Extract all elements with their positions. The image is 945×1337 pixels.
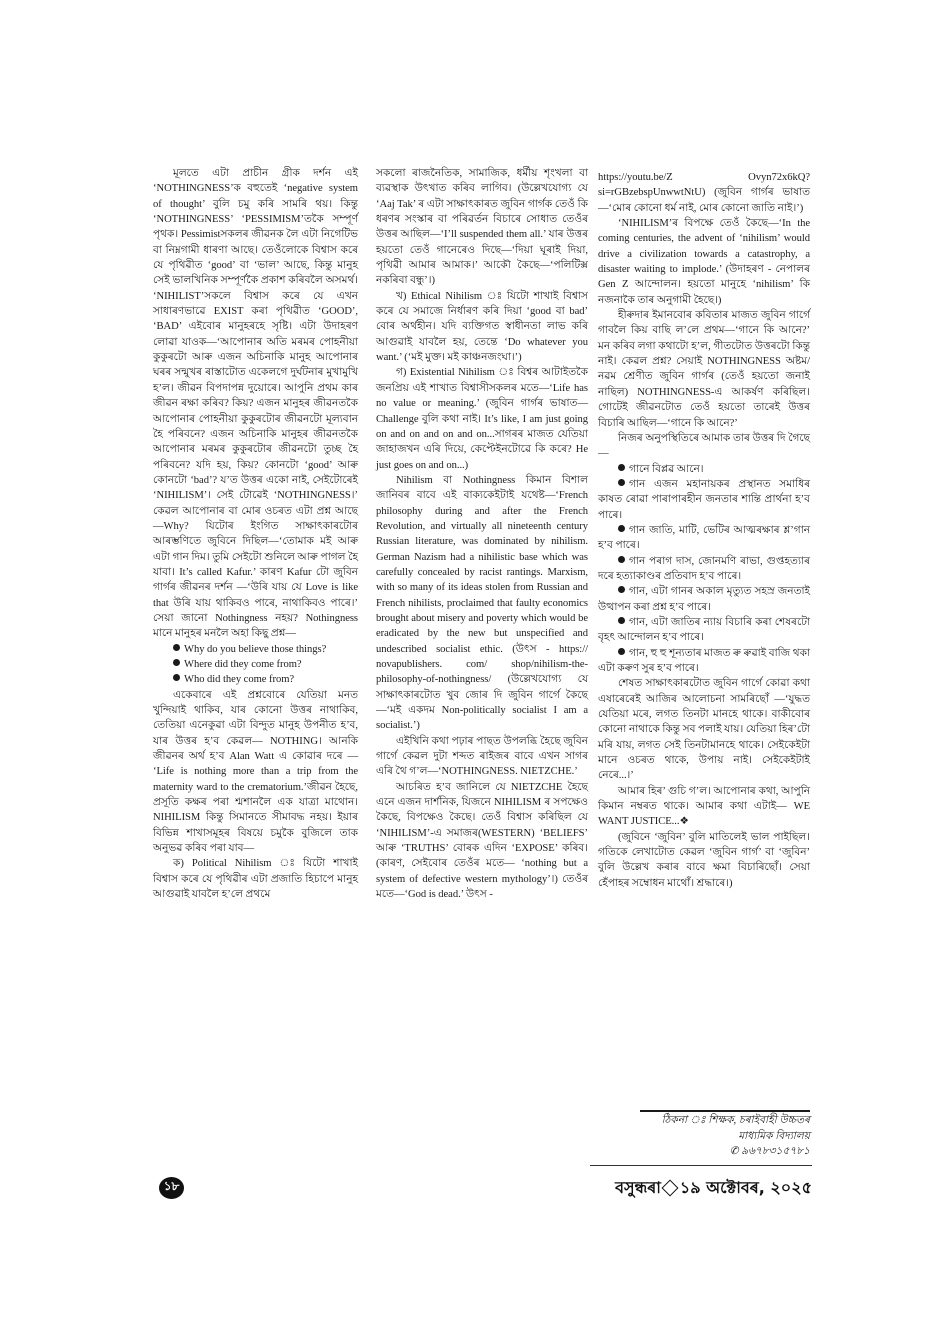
publication-logo-icon [661,1180,678,1197]
paragraph: https://youtu.be/Z Ovyn72x6kQ? si=rGBzeb… [598,170,810,216]
paragraph: আচৰিত হ’ব জানিলে যে NIETZCHE হৈছে এনে এজ… [376,780,588,903]
author-address-line1: ঠিকনা ঃ শিক্ষক, চৰাইবাহী উচ্চতৰ [600,1113,810,1129]
footer-masthead: বসুন্ধৰা১৯ অক্টোবৰ, ২০২৫ [592,1175,812,1202]
article-column-2: সকলো ৰাজনৈতিক, সামাজিক, ধৰ্মীয় শৃংখলা ব… [376,166,588,903]
paragraph: নিজৰ অনুপস্থিতিৰে আমাক তাৰ উত্তৰ দি গৈছে… [598,431,810,462]
bullet-text: Where did they come from? [184,659,302,670]
bullet-item: গান এজন মহানায়কৰ প্ৰস্থানত সমাধিৰ কাষত … [598,477,810,523]
bullet-text: Why do you believe those things? [184,644,326,655]
bullet-text: Who did they come from? [184,674,294,685]
bullet-icon [618,586,625,593]
bullet-item: Who did they come from? [153,672,358,687]
paragraph: হীৰুদাৰ ইমানবোৰ কবিতাৰ মাজত জুবিন গাৰ্গে… [598,308,810,431]
paragraph: ক) Political Nihilism ঃ যিটো শাখাই বিশ্ব… [153,856,358,902]
author-phone: ✆ ৯৬৭৮৩১৫৭৮১ [600,1144,810,1160]
bullet-icon [618,479,625,486]
bullet-icon [173,659,180,666]
publication-date: ১৯ অক্টোবৰ, ২০২৫ [680,1178,812,1197]
bullet-icon [618,617,625,624]
footer-divider [590,1165,812,1166]
bullet-text: গান জাতি, মাটি, ভেটিৰ আত্মৰক্ষাৰ শ্ল’গান… [598,525,810,551]
paragraph: এইখিনি কথা পঢ়াৰ পাছত উপলব্ধি হৈছে জুবিন… [376,734,588,780]
paragraph: (জুবিনে ‘জুবিন’ বুলি মাতিলেই ভাল পাইছিল।… [598,830,810,891]
bullet-icon [618,648,625,655]
paragraph: সকলো ৰাজনৈতিক, সামাজিক, ধৰ্মীয় শৃংখলা ব… [376,166,588,289]
bullet-item: গান পৰাগ দাস, জোনমণি ৰাভা, গুপ্তহত্যাৰ দ… [598,554,810,585]
author-address-line2: মাধ্যমিক বিদ্যালয় [600,1129,810,1145]
bullet-text: গান এজন মহানায়কৰ প্ৰস্থানত সমাধিৰ কাষত … [598,479,810,521]
bullet-item: গান জাতি, মাটি, ভেটিৰ আত্মৰক্ষাৰ শ্ল’গান… [598,523,810,554]
paragraph: গ) Existential Nihilism ঃ বিশ্বৰ আটাইতকৈ… [376,365,588,472]
author-signature: ঠিকনা ঃ শিক্ষক, চৰাইবাহী উচ্চতৰ মাধ্যমিক… [600,1113,810,1160]
paragraph: শেষত সাক্ষাৎকাৰটোত জুবিন গাৰ্গে কোৱা কথা… [598,676,810,783]
signature-divider [640,1110,810,1112]
bullet-text: গান, হু হু শূন্যতাৰ মাজত ৰু ৰুৱাই বাজি থ… [598,648,810,674]
bullet-text: গান পৰাগ দাস, জোনমণি ৰাভা, গুপ্তহত্যাৰ দ… [598,556,810,582]
bullet-text: গানে বিপ্লৱ আনে। [629,464,703,475]
page-number-badge: ১৮ [159,1177,184,1199]
bullet-item: Where did they come from? [153,657,358,672]
bullet-item: গান, এটা গানৰ অকাল মৃত্যুত সহস্ৰ জনতাই উ… [598,584,810,615]
bullet-icon [173,674,180,681]
bullet-icon [618,556,625,563]
bullet-text: গান, এটা জাতিৰ ন্যায় বিচাৰি কৰা শেষৰটো … [598,617,810,643]
bullet-item: গান, হু হু শূন্যতাৰ মাজত ৰু ৰুৱাই বাজি থ… [598,646,810,677]
paragraph: ‘NIHILISM’ৰ বিপক্ষে তেওঁ কৈছে—‘In the co… [598,216,810,308]
bullet-text: গান, এটা গানৰ অকাল মৃত্যুত সহস্ৰ জনতাই উ… [598,586,810,612]
bullet-icon [618,525,625,532]
paragraph: খ) Ethical Nihilism ঃ যিটো শাখাই বিশ্বাস… [376,289,588,366]
bullet-item: Why do you believe those things? [153,642,358,657]
bullet-item: গানে বিপ্লৱ আনে। [598,462,810,477]
paragraph: আমাৰ হিৰ’ গুচি গ’ল। আপোনাৰ কথা, আপুনি কি… [598,784,810,830]
bullet-icon [618,464,625,471]
article-column-3: https://youtu.be/Z Ovyn72x6kQ? si=rGBzeb… [598,170,810,891]
bullet-item: গান, এটা জাতিৰ ন্যায় বিচাৰি কৰা শেষৰটো … [598,615,810,646]
paragraph: Nihilism বা Nothingness কিমান বিশাল জানি… [376,473,588,734]
bullet-icon [173,644,180,651]
publication-name: বসুন্ধৰা [615,1178,661,1197]
paragraph: মূলতে এটা প্ৰাচীন গ্ৰীক দৰ্শন এই ‘NOTHIN… [153,166,358,642]
newspaper-page: মূলতে এটা প্ৰাচীন গ্ৰীক দৰ্শন এই ‘NOTHIN… [0,0,945,1337]
paragraph: একেবাৰে এই প্ৰশ্নবোৰে যেতিয়া মনত খুন্দি… [153,688,358,857]
article-column-1: মূলতে এটা প্ৰাচীন গ্ৰীক দৰ্শন এই ‘NOTHIN… [153,166,358,903]
